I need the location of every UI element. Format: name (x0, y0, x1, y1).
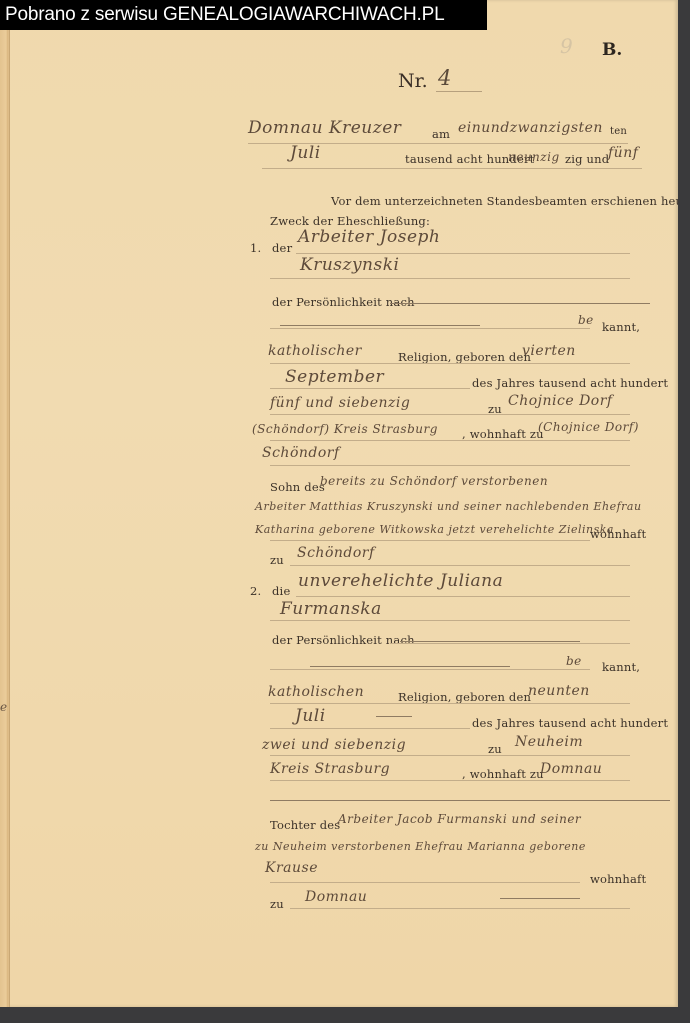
bride-birth-year-label: des Jahres tausend acht hundert (472, 716, 668, 730)
record-number-label: Nr. (398, 70, 428, 92)
ten-suffix: ten (610, 126, 627, 137)
bride-parents-line2: zu Neuheim verstorbenen Ehefrau Marianna… (255, 840, 586, 853)
rule (270, 728, 470, 729)
groom-religion: katholischer (268, 343, 362, 359)
groom-identity-label: der Persönlichkeit nach (272, 295, 415, 309)
rule (270, 440, 630, 441)
month-handwritten: Juli (290, 143, 321, 163)
groom-article: der (272, 241, 292, 255)
margin-note: e (0, 700, 7, 714)
document-page: 9 B. Nr. 4 Domnau Kreuzer am einundzwanz… (0, 0, 678, 1007)
rule (310, 666, 510, 667)
groom-parents-line2: Arbeiter Matthias Kruszynski und seiner … (255, 500, 642, 513)
groom-surname: Kruszynski (300, 255, 399, 275)
bride-parents-residence: Domnau (305, 889, 367, 905)
pencil-page-number: 9 (560, 34, 573, 58)
source-watermark: Pobrano z serwisu GENEALOGIAWARCHIWACH.P… (0, 0, 487, 30)
record-number-rule (436, 91, 482, 92)
groom-birth-month: September (285, 367, 384, 387)
rule (270, 755, 630, 756)
groom-birth-year-label: des Jahres tausend acht hundert (472, 376, 668, 390)
bride-wohnhaft-label: wohnhaft (590, 872, 646, 886)
rule (270, 388, 470, 389)
rule (400, 641, 580, 642)
year-unit-handwritten: fünf (608, 145, 638, 161)
bride-number: 2. (250, 584, 261, 598)
rule (270, 780, 630, 781)
scan-border-right (678, 0, 690, 1023)
rule (500, 898, 580, 899)
appearance-text: Vor dem unterzeichneten Standesbeamten e… (331, 194, 690, 208)
groom-known-label: kannt, (602, 320, 640, 334)
groom-son-label: Sohn des (270, 480, 325, 494)
bride-occupation-name: unverehelichte Juliana (298, 571, 503, 591)
bride-surname: Furmanska (280, 599, 382, 619)
purpose-text: Zweck der Eheschließung: (270, 214, 430, 228)
groom-parents-residence: Schöndorf (297, 545, 375, 561)
bride-religion: katholischen (268, 684, 364, 700)
groom-birth-day: vierten (522, 343, 576, 359)
groom-known-handwritten: be (578, 313, 594, 327)
rule (270, 620, 630, 621)
bride-daughter-label: Tochter des (270, 818, 340, 832)
bride-known-label: kannt, (602, 660, 640, 674)
decade-handwritten: neunzig (508, 150, 560, 164)
bride-birth-day: neunten (528, 683, 590, 699)
binding-line (9, 0, 10, 1007)
groom-birth-place: Chojnice Dorf (508, 393, 613, 409)
bride-birth-place2: Kreis Strasburg (270, 761, 390, 777)
am-label: am (432, 127, 450, 141)
rule (270, 414, 630, 415)
bride-birth-year: zwei und siebenzig (262, 737, 406, 753)
bride-zu-label: zu (488, 742, 502, 756)
groom-birth-place2: (Schöndorf) Kreis Strasburg (252, 422, 438, 436)
bride-birth-month: Juli (295, 706, 326, 726)
rule (270, 465, 630, 466)
rule (262, 168, 642, 169)
bride-residence-label: , wohnhaft zu (462, 767, 544, 781)
bride-known-handwritten: be (566, 654, 582, 668)
rule (296, 596, 630, 597)
rule (270, 363, 630, 364)
day-handwritten: einundzwanzigsten (458, 120, 603, 136)
groom-occupation-name: Arbeiter Joseph (298, 227, 440, 247)
rule (270, 278, 630, 279)
rule (270, 328, 590, 329)
bride-residence: Domnau (540, 761, 602, 777)
groom-wohnhaft-label: wohnhaft (590, 527, 646, 541)
zig-und-label: zig und (565, 152, 609, 166)
rule (296, 253, 630, 254)
bride-parents-zu-label: zu (270, 897, 284, 911)
bride-birth-place: Neuheim (515, 734, 583, 750)
rule (270, 669, 590, 670)
groom-parents-line3: Katharina geborene Witkowska jetzt vereh… (255, 523, 614, 536)
bride-parents-line1: Arbeiter Jacob Furmanski und seiner (338, 812, 581, 826)
bride-identity-label: der Persönlichkeit nach (272, 633, 415, 647)
groom-residence: (Chojnice Dorf) (538, 420, 639, 434)
groom-religion-label: Religion, geboren den (398, 350, 531, 364)
rule (376, 716, 412, 717)
bride-parents-line3: Krause (265, 860, 318, 876)
groom-residence-label: , wohnhaft zu (462, 427, 544, 441)
place-handwritten: Domnau Kreuzer (248, 118, 401, 138)
rule (280, 325, 480, 326)
groom-residence2: Schöndorf (262, 445, 340, 461)
rule (290, 908, 630, 909)
groom-birth-year: fünf und siebenzig (270, 395, 410, 411)
form-letter: B. (602, 40, 622, 60)
rule (290, 565, 630, 566)
rule (390, 643, 630, 644)
record-number-value: 4 (438, 66, 451, 90)
scan-border-bottom (0, 1007, 690, 1023)
rule (270, 882, 580, 883)
groom-parents-line1: bereits zu Schöndorf verstorbenen (320, 474, 548, 488)
groom-number: 1. (250, 241, 261, 255)
rule (270, 540, 590, 541)
rule (390, 303, 650, 304)
bride-religion-label: Religion, geboren den (398, 690, 531, 704)
rule (270, 800, 670, 801)
bride-article: die (272, 584, 290, 598)
rule (270, 703, 630, 704)
groom-parents-zu-label: zu (270, 553, 284, 567)
